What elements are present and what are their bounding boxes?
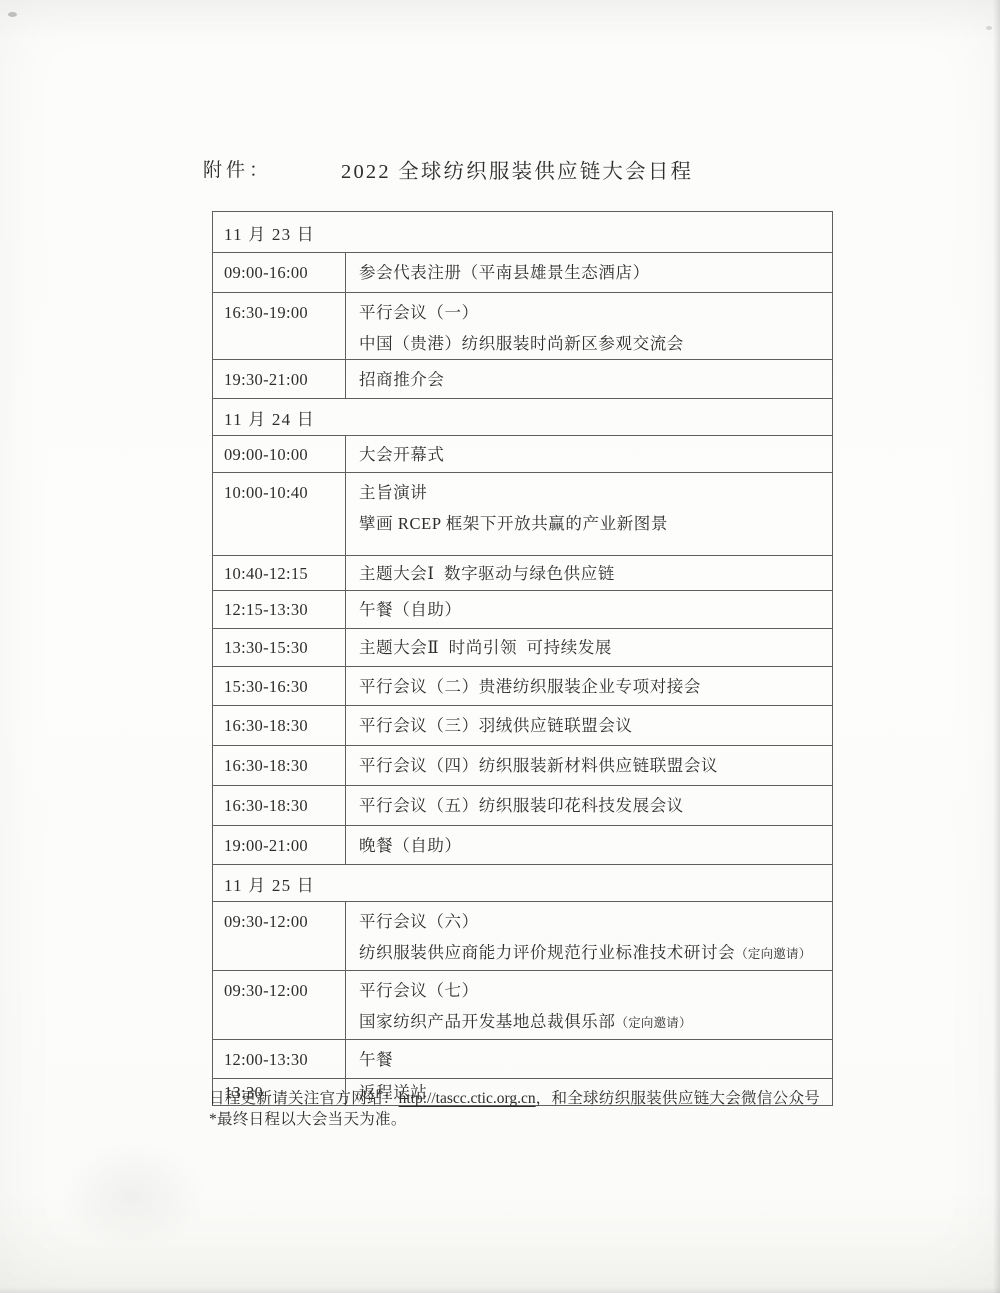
time-cell: 19:00-21:00 (213, 826, 346, 864)
schedule-row: 09:30-12:00 平行会议（七） 国家纺织产品开发基地总裁俱乐部（定向邀请… (213, 970, 832, 1039)
event-cell: 平行会议（二）贵港纺织服装企业专项对接会 (346, 667, 832, 705)
event-cell: 午餐 (346, 1040, 832, 1078)
scan-edge-shadow-right (993, 0, 1000, 1293)
time-cell: 09:00-16:00 (213, 253, 346, 292)
time-text: 19:30-21:00 (224, 369, 345, 390)
schedule-row: 10:00-10:40 主旨演讲 擘画 RCEP 框架下开放共赢的产业新图景 (213, 472, 832, 555)
time-text: 12:15-13:30 (224, 599, 345, 620)
event-cell: 大会开幕式 (346, 436, 832, 472)
event-cell: 参会代表注册（平南县雄景生态酒店） (346, 253, 832, 292)
scan-speck (986, 26, 992, 30)
schedule-row: 10:40-12:15 主题大会Ⅰ 数字驱动与绿色供应链 (213, 555, 832, 590)
event-cell: 午餐（自助） (346, 591, 832, 628)
invite-note: （定向邀请） (735, 947, 811, 961)
event-cell: 主题大会Ⅰ 数字驱动与绿色供应链 (346, 556, 832, 590)
scan-smudge (58, 1140, 208, 1250)
event-line: 午餐 (359, 1049, 826, 1070)
date-label: 11 月 23 日 (224, 220, 832, 245)
time-text: 16:30-19:00 (224, 297, 345, 328)
invite-note: （定向邀请） (616, 1016, 692, 1030)
time-text: 09:00-16:00 (224, 262, 345, 283)
event-line: 主旨演讲 (359, 477, 826, 508)
time-text: 16:30-18:30 (224, 715, 345, 736)
scan-edge-shadow-bottom (0, 1287, 1000, 1293)
date-header-row: 11 月 25 日 (213, 864, 832, 901)
schedule-row: 13:30-15:30 主题大会Ⅱ 时尚引领 可持续发展 (213, 628, 832, 666)
schedule-row: 16:30-18:30 平行会议（五）纺织服装印花科技发展会议 (213, 785, 832, 825)
scanned-page: 附件： 2022 全球纺织服装供应链大会日程 11 月 23 日 09:00-1… (0, 0, 1000, 1293)
time-text: 10:40-12:15 (224, 563, 345, 584)
event-line-text: 纺织服装供应商能力评价规范行业标准技术研讨会 (359, 943, 735, 962)
event-line: 参会代表注册（平南县雄景生态酒店） (359, 262, 826, 283)
time-text: 13:30-15:30 (224, 637, 345, 658)
event-cell: 平行会议（七） 国家纺织产品开发基地总裁俱乐部（定向邀请） (346, 971, 832, 1039)
event-line: 午餐（自助） (359, 599, 826, 620)
footer-note-line1: 日程更新请关注官方网站：http://tascc.ctic.org.cn，和全球… (209, 1088, 843, 1109)
event-line: 平行会议（七） (359, 975, 826, 1006)
schedule-row: 12:00-13:30 午餐 (213, 1039, 832, 1078)
schedule-row: 19:00-21:00 晚餐（自助） (213, 825, 832, 864)
time-text: 16:30-18:30 (224, 755, 345, 776)
event-line: 平行会议（三）羽绒供应链联盟会议 (359, 715, 826, 736)
time-text: 09:30-12:00 (224, 906, 345, 937)
schedule-row: 16:30-18:30 平行会议（四）纺织服装新材料供应链联盟会议 (213, 745, 832, 785)
footer-url-link[interactable]: http://tascc.ctic.org.cn (399, 1090, 536, 1107)
date-label: 11 月 25 日 (224, 871, 832, 896)
time-cell: 19:30-21:00 (213, 360, 346, 398)
date-label: 11 月 24 日 (224, 405, 832, 430)
event-line: 国家纺织产品开发基地总裁俱乐部（定向邀请） (359, 1006, 826, 1039)
event-line: 纺织服装供应商能力评价规范行业标准技术研讨会（定向邀请） (359, 937, 826, 970)
event-cell: 晚餐（自助） (346, 826, 832, 864)
schedule-row: 09:30-12:00 平行会议（六） 纺织服装供应商能力评价规范行业标准技术研… (213, 901, 832, 970)
scan-speck (8, 12, 17, 17)
event-line: 主题大会Ⅱ 时尚引领 可持续发展 (359, 637, 826, 658)
event-cell: 平行会议（一） 中国（贵港）纺织服装时尚新区参观交流会 (346, 293, 832, 359)
time-text: 09:30-12:00 (224, 975, 345, 1006)
time-text: 19:00-21:00 (224, 835, 345, 856)
event-cell: 招商推介会 (346, 360, 832, 398)
date-header-row: 11 月 23 日 (213, 212, 832, 252)
time-cell: 12:00-13:30 (213, 1040, 346, 1078)
time-cell: 09:30-12:00 (213, 902, 346, 970)
time-text: 16:30-18:30 (224, 795, 345, 816)
event-line: 平行会议（六） (359, 906, 826, 937)
event-line: 平行会议（四）纺织服装新材料供应链联盟会议 (359, 755, 826, 776)
time-text: 09:00-10:00 (224, 444, 345, 465)
event-cell: 主旨演讲 擘画 RCEP 框架下开放共赢的产业新图景 (346, 473, 832, 555)
schedule-table: 11 月 23 日 09:00-16:00 参会代表注册（平南县雄景生态酒店） … (212, 211, 833, 1106)
time-text: 15:30-16:30 (224, 676, 345, 697)
schedule-row: 16:30-19:00 平行会议（一） 中国（贵港）纺织服装时尚新区参观交流会 (213, 292, 832, 359)
time-cell: 16:30-18:30 (213, 706, 346, 745)
event-line: 平行会议（二）贵港纺织服装企业专项对接会 (359, 676, 826, 697)
event-line: 平行会议（一） (359, 297, 826, 328)
event-line-text: 国家纺织产品开发基地总裁俱乐部 (359, 1012, 616, 1031)
time-text: 12:00-13:30 (224, 1049, 345, 1070)
footer-line1-prefix: 日程更新请关注官方网站： (209, 1090, 399, 1107)
event-line: 中国（贵港）纺织服装时尚新区参观交流会 (359, 328, 826, 359)
time-cell: 12:15-13:30 (213, 591, 346, 628)
schedule-row: 12:15-13:30 午餐（自助） (213, 590, 832, 628)
time-cell: 16:30-19:00 (213, 293, 346, 359)
schedule-row: 09:00-10:00 大会开幕式 (213, 435, 832, 472)
attachment-label: 附件： (203, 155, 272, 182)
schedule-row: 09:00-16:00 参会代表注册（平南县雄景生态酒店） (213, 252, 832, 292)
event-line: 大会开幕式 (359, 444, 826, 465)
event-cell: 平行会议（三）羽绒供应链联盟会议 (346, 706, 832, 745)
footer-line1-suffix: ，和全球纺织服装供应链大会微信公众号 (536, 1090, 820, 1107)
schedule-row: 19:30-21:00 招商推介会 (213, 359, 832, 398)
event-cell: 主题大会Ⅱ 时尚引领 可持续发展 (346, 629, 832, 666)
event-line: 招商推介会 (359, 369, 826, 390)
page-title: 2022 全球纺织服装供应链大会日程 (341, 154, 693, 184)
footer-note-line2: *最终日程以大会当天为准。 (209, 1109, 843, 1130)
schedule-row: 16:30-18:30 平行会议（三）羽绒供应链联盟会议 (213, 705, 832, 745)
time-cell: 16:30-18:30 (213, 746, 346, 785)
event-line: 平行会议（五）纺织服装印花科技发展会议 (359, 795, 826, 816)
event-cell: 平行会议（四）纺织服装新材料供应链联盟会议 (346, 746, 832, 785)
event-line: 主题大会Ⅰ 数字驱动与绿色供应链 (359, 563, 826, 584)
event-cell: 平行会议（五）纺织服装印花科技发展会议 (346, 786, 832, 825)
time-cell: 09:30-12:00 (213, 971, 346, 1039)
time-cell: 10:40-12:15 (213, 556, 346, 590)
time-text: 10:00-10:40 (224, 477, 345, 508)
event-cell: 平行会议（六） 纺织服装供应商能力评价规范行业标准技术研讨会（定向邀请） (346, 902, 832, 970)
footer-notes: 日程更新请关注官方网站：http://tascc.ctic.org.cn，和全球… (209, 1088, 843, 1130)
time-cell: 15:30-16:30 (213, 667, 346, 705)
time-cell: 09:00-10:00 (213, 436, 346, 472)
time-cell: 10:00-10:40 (213, 473, 346, 555)
date-header-row: 11 月 24 日 (213, 398, 832, 435)
event-line: 擘画 RCEP 框架下开放共赢的产业新图景 (359, 508, 826, 539)
schedule-row: 15:30-16:30 平行会议（二）贵港纺织服装企业专项对接会 (213, 666, 832, 705)
time-cell: 13:30-15:30 (213, 629, 346, 666)
event-line: 晚餐（自助） (359, 835, 826, 856)
time-cell: 16:30-18:30 (213, 786, 346, 825)
